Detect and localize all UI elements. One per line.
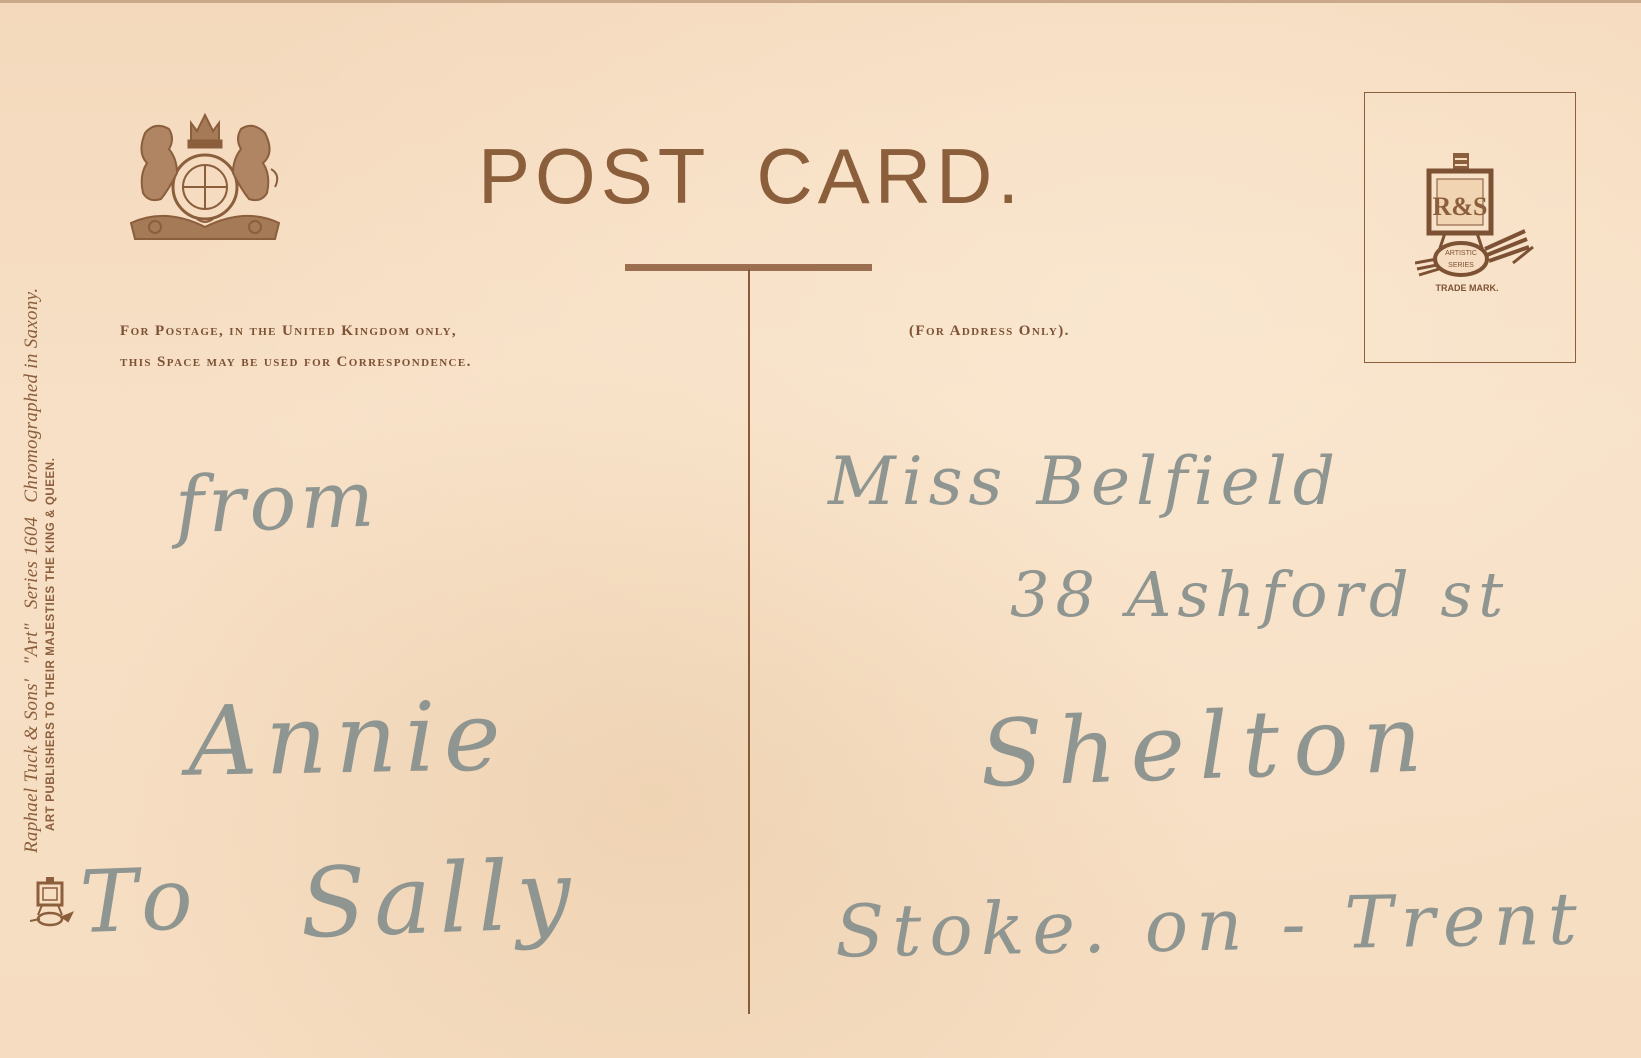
royal-coat-of-arms-icon [125, 103, 285, 245]
title-post: POST [478, 132, 710, 220]
title-card: CARD. [756, 132, 1024, 220]
handwritten-recipient: Sally [298, 838, 580, 960]
royal-appointment: ART PUBLISHERS TO THEIR MAJESTIES THE KI… [44, 288, 58, 853]
print-origin: Chromographed in Saxony. [21, 288, 42, 503]
instruction-line-2: this Space may be used for Correspondenc… [120, 347, 472, 378]
postcard-back: Raphael Tuck & Sons'"Art"Series 1604Chro… [0, 0, 1641, 1058]
logo-caption: TRADE MARK. [1436, 283, 1499, 293]
page-title: POSTCARD. [478, 131, 1024, 221]
instruction-line-1: For Postage, in the United Kingdom only, [120, 316, 472, 347]
correspondence-instruction: For Postage, in the United Kingdom only,… [120, 316, 472, 378]
handwritten-sender: Annie [187, 680, 509, 798]
easel-trademark-small-icon [28, 875, 74, 931]
address-instruction: (For Address Only). [909, 316, 1070, 347]
easel-palette-trademark-icon: R&S ARTISTIC SERIES TRADE MARK. [1415, 151, 1535, 301]
publisher-imprint: Raphael Tuck & Sons'"Art"Series 1604Chro… [20, 288, 58, 853]
stamp-box: R&S ARTISTIC SERIES TRADE MARK. [1364, 92, 1576, 363]
divider-vertical [748, 269, 750, 1014]
series-number: Series 1604 [21, 517, 42, 609]
address-line-town: Stoke. on - Trent [834, 876, 1585, 973]
handwritten-from: from [173, 454, 379, 551]
address-line-name: MissBelfield [828, 443, 1341, 520]
svg-text:SERIES: SERIES [1448, 262, 1474, 269]
address-line-district: Shelton [978, 685, 1437, 808]
svg-text:ARTISTIC: ARTISTIC [1445, 250, 1477, 257]
series-name: "Art" [21, 623, 42, 665]
address-line-street: 38 Ashford st [1010, 558, 1509, 631]
imprint-line-1: Raphael Tuck & Sons'"Art"Series 1604Chro… [20, 288, 44, 853]
handwritten-to: To [78, 849, 204, 953]
address-title: Miss [828, 443, 1008, 520]
publisher-name: Raphael Tuck & Sons' [21, 679, 42, 853]
logo-monogram: R&S [1433, 192, 1488, 221]
address-surname: Belfield [1036, 443, 1341, 520]
